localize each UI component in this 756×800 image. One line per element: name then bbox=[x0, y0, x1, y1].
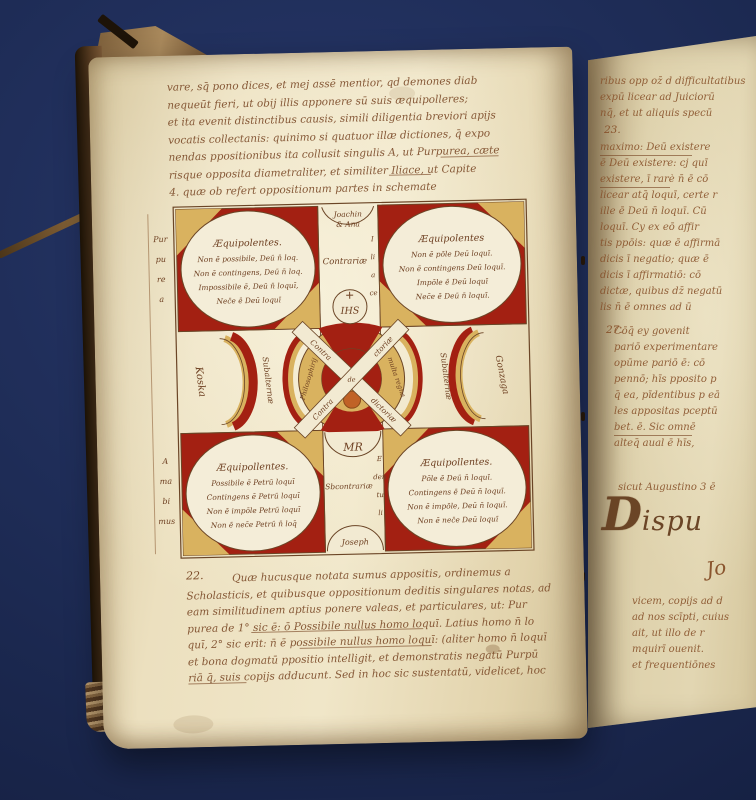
manuscript-line: dictæ, quibus dz̄ negatū bbox=[600, 284, 722, 300]
mnemonic-syllable: li bbox=[378, 509, 383, 517]
underline bbox=[600, 187, 670, 188]
mnemonic-syllable: li bbox=[370, 253, 375, 261]
circle-line: Impōle ē Deū loquī bbox=[416, 277, 489, 288]
marginal-flourish: Jo bbox=[704, 555, 727, 582]
square-of-opposition-diagram: Pur pu re a A ma bi mus bbox=[172, 198, 536, 560]
left-manuscript-page: vare, sq̄ pono dices, et mej assē mentio… bbox=[88, 47, 588, 750]
circle-title: Æquipollentes. bbox=[216, 461, 289, 474]
holy-name-gonzaga: Gonzaga bbox=[493, 355, 511, 396]
right-paragraph-27: Cōq̄ ey govenit pariō experimentare opūm… bbox=[614, 324, 720, 452]
underline bbox=[614, 435, 692, 436]
manuscript-line: alteq̄ aual ē hīs, bbox=[614, 436, 720, 452]
bottom-center-cell: MR Sbcontrariæ E den tu li Joseph bbox=[324, 431, 389, 551]
maria-monogram: MR bbox=[342, 440, 363, 453]
mnemonic-iliace: I li a ce bbox=[368, 235, 377, 297]
manuscript-line: dicis ī affirmatiō: cō bbox=[600, 268, 722, 284]
center-ring-ornament: Contra dictoriæ Contra ctoriæ de Philoso… bbox=[292, 319, 411, 438]
holy-name: Joachin bbox=[332, 209, 363, 219]
mnemonic-syllable: tu bbox=[376, 491, 384, 499]
manuscript-line: nq̄, et ut aliquis specū bbox=[600, 106, 745, 122]
mnemonic-amabimus: A ma bi mus bbox=[157, 457, 175, 526]
manuscript-line: et frequentiōnes bbox=[632, 658, 729, 674]
mnemonic-syllable: a bbox=[371, 271, 375, 279]
circle-line: Pōle ē Deū n̄ loquī. bbox=[420, 473, 492, 484]
manuscript-line: ribus opp oz̄ d difficultatibus bbox=[600, 74, 745, 90]
page-stain bbox=[173, 715, 213, 734]
relation-label-subalternae: Subalternæ bbox=[261, 356, 276, 405]
mnemonic-syllable: den bbox=[373, 473, 387, 481]
manuscript-line: les appositas pceptū bbox=[614, 404, 720, 420]
circle-line: Nec̄e ē Deū loquī bbox=[215, 295, 281, 305]
manuscript-line: expū licear ad Juiciorū bbox=[600, 90, 745, 106]
right-paragraph-23: maximo: Deū existere ē Deū existere: cj … bbox=[600, 140, 722, 316]
manuscript-line: ē Deū existere: cj quī bbox=[600, 156, 722, 172]
mnemonic-syllable: mus bbox=[158, 517, 175, 526]
binding-stitch bbox=[581, 256, 585, 265]
right-manuscript-page: ribus opp oz̄ d difficultatibus expū lic… bbox=[588, 36, 756, 728]
left-bottom-paragraph: Quæ hucusque notata sumus appositis, ord… bbox=[186, 562, 589, 687]
circle-line: Non ē nec̄e Deū loquī bbox=[416, 514, 499, 525]
circle-title: Æquipolentes. bbox=[212, 237, 282, 250]
ornate-initial: D bbox=[602, 487, 642, 541]
right-paragraph-bottom: vicem, copijs ad d ad nos scīpti, cuius … bbox=[632, 594, 729, 674]
top-center-cell: Joachin & Ana Contrariæ I li a ce IHS bbox=[321, 206, 378, 324]
manuscript-line: bet. ē. Sic omnē bbox=[614, 420, 720, 436]
underline bbox=[600, 155, 692, 156]
manuscript-line: pennō; hīs pposito p bbox=[614, 372, 720, 388]
manuscript-line: mquirī ouenit. bbox=[632, 642, 729, 658]
manuscript-line: maximo: Deū existere bbox=[600, 140, 722, 156]
circle-title: Æquipollentes. bbox=[420, 457, 493, 470]
paragraph-number: 23. bbox=[604, 124, 621, 136]
holy-name-kostka: Koska bbox=[193, 365, 208, 398]
left-top-paragraph: vare, sq̄ pono dices, et mej assē mentio… bbox=[167, 71, 572, 203]
circle-line: Possibile ē Petrū loquī bbox=[210, 477, 295, 488]
mnemonic-syllable: re bbox=[157, 275, 166, 284]
center-word: de bbox=[347, 376, 355, 384]
circle-line: Non ē pōle Deū loquī. bbox=[410, 248, 493, 259]
manuscript-line: loquī. Cy ex eō affir bbox=[600, 220, 722, 236]
mnemonic-syllable: ce bbox=[370, 289, 378, 297]
mnemonic-syllable: A bbox=[161, 457, 168, 466]
circle-line: Nec̄e ē Deū n̄ loquī. bbox=[415, 291, 490, 302]
mnemonic-syllable: a bbox=[159, 295, 164, 304]
manuscript-line: licear atq̄ loquī, certe r bbox=[600, 188, 722, 204]
mnemonic-syllable: pu bbox=[156, 255, 166, 264]
manuscript-line: tis ppōis: quæ ē affirmā bbox=[600, 236, 722, 252]
relation-label-subcontrariae: Sbcontrariæ bbox=[325, 481, 373, 491]
manuscript-line: ad nos scīpti, cuius bbox=[632, 610, 729, 626]
manuscript-line: existere, ī rarè n̄ ē cō bbox=[600, 172, 722, 188]
manuscript-line: ille ē Deū n̄ loquī. Cū bbox=[600, 204, 722, 220]
mnemonic-syllable: I bbox=[370, 235, 374, 243]
circle-title: Æquipolentes bbox=[417, 233, 484, 246]
right-paragraph-top: ribus opp oz̄ d difficultatibus expū lic… bbox=[600, 74, 745, 122]
manuscript-line: dicis ī negatio; quæ ē bbox=[600, 252, 722, 268]
relation-label-contrariae: Contrariæ bbox=[323, 256, 368, 267]
mnemonic-purpurea: Pur pu re a bbox=[152, 235, 170, 304]
manuscript-line: ait, ut illo de r bbox=[632, 626, 729, 642]
binding-stitch bbox=[581, 412, 585, 421]
mnemonic-syllable: bi bbox=[162, 497, 170, 506]
manuscript-line: vicem, copijs ad d bbox=[632, 594, 729, 610]
mnemonic-syllable: ma bbox=[160, 477, 173, 486]
holy-name: & Ana bbox=[336, 219, 360, 229]
ihs-monogram: IHS bbox=[340, 305, 360, 316]
manuscript-line: lis n̄ ē omnes ad ū bbox=[600, 300, 722, 316]
disputatio-heading: Dispu bbox=[602, 494, 703, 537]
heading-text: ispu bbox=[642, 506, 703, 537]
mnemonic-syllable: Pur bbox=[152, 235, 169, 244]
manuscript-line: opūme pariō ē: cō bbox=[614, 356, 720, 372]
mnemonic-syllable: E bbox=[376, 455, 382, 463]
holy-name: Joseph bbox=[340, 537, 369, 547]
manuscript-line: Cōq̄ ey govenit bbox=[614, 324, 720, 340]
margin-rule bbox=[148, 214, 156, 554]
manuscript-line: pariō experimentare bbox=[614, 340, 720, 356]
manuscript-line: q̄ ea, pīdentibus p eā bbox=[614, 388, 720, 404]
